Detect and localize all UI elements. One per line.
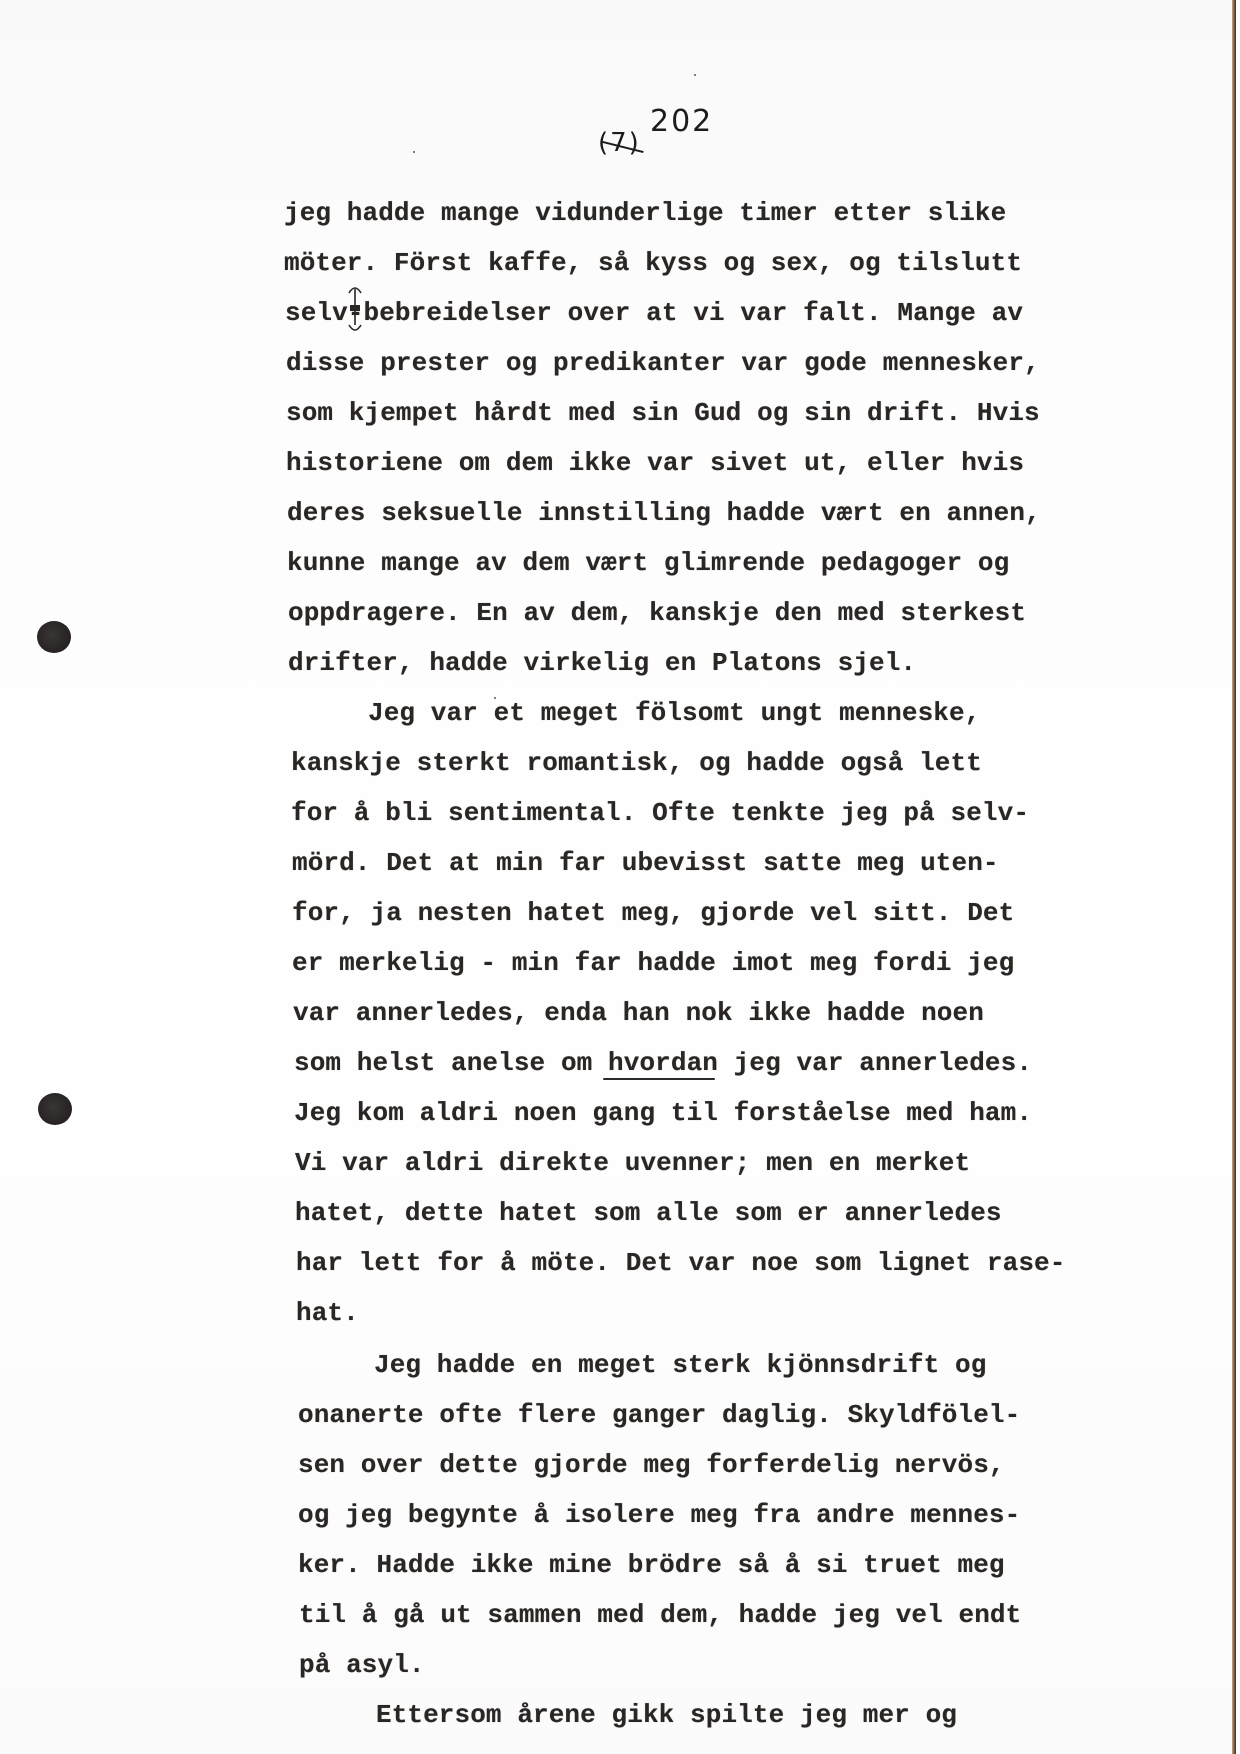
text-line: mörd. Det at min far ubevisst satte meg …: [292, 848, 999, 878]
text-line: disse prester og predikanter var gode me…: [286, 348, 1040, 378]
text-line: til å gå ut sammen med dem, hadde jeg ve…: [299, 1600, 1021, 1630]
page-edge-shadow: [1232, 0, 1236, 1754]
text-line: ker. Hadde ikke mine brödre så å si true…: [298, 1550, 1005, 1580]
punch-hole-icon: [37, 621, 71, 653]
text-line: deres seksuelle innstilling hadde vært e…: [287, 498, 1041, 528]
text-line: er merkelig - min far hadde imot meg for…: [292, 948, 1014, 978]
text-line: historiene om dem ikke var sivet ut, ell…: [286, 448, 1024, 478]
text-line-indented: Ettersom årene gikk spilte jeg mer og: [376, 1700, 957, 1730]
text-line: og jeg begynte å isolere meg fra andre m…: [298, 1500, 1020, 1530]
text-line: som kjempet hårdt med sin Gud og sin dri…: [286, 398, 1040, 428]
text-line: på asyl.: [299, 1650, 425, 1680]
text-line: möter. Först kaffe, så kyss og sex, og t…: [284, 248, 1022, 278]
text-line: Vi var aldri direkte uvenner; men en mer…: [295, 1148, 970, 1178]
text-line: onanerte ofte flere ganger daglig. Skyld…: [298, 1400, 1020, 1430]
text-line: for, ja nesten hatet meg, gjorde vel sit…: [292, 898, 1014, 928]
text-line: drifter, hadde virkelig en Platons sjel.: [288, 648, 916, 678]
text-line: sen over dette gjorde meg forferdelig ne…: [298, 1450, 1005, 1480]
text-line: har lett for å möte. Det var noe som lig…: [296, 1248, 1065, 1278]
text-line: kanskje sterkt romantisk, og hadde også …: [291, 748, 982, 778]
text-line: Jeg kom aldri noen gang til forståelse m…: [294, 1098, 1032, 1128]
text-line: var annerledes, enda han nok ikke hadde …: [293, 998, 984, 1028]
stray-ink-dot: [694, 74, 696, 76]
text-line: som helst anelse om hvordan jeg var anne…: [294, 1048, 1032, 1078]
text-line: jeg hadde mange vidunderlige timer etter…: [284, 198, 1006, 228]
stray-ink-dot: [413, 151, 415, 153]
text-line: for å bli sentimental. Ofte tenkte jeg p…: [291, 798, 1029, 828]
text-line-indented: Jeg hadde en meget sterk kjönnsdrift og: [374, 1350, 986, 1380]
text-line: kunne mange av dem vært glimrende pedago…: [287, 548, 1009, 578]
underline-hvordan: [603, 1078, 715, 1080]
text-line: oppdragere. En av dem, kanskje den med s…: [288, 598, 1026, 628]
handwritten-folio-number: 202: [650, 104, 713, 139]
text-line: selv-bebreidelser over at vi var falt. M…: [285, 298, 1023, 328]
text-line: hat.: [296, 1298, 359, 1328]
typewritten-page: (7) 202 jeg hadde mange vidunderlige tim…: [0, 0, 1236, 1754]
punch-hole-icon: [38, 1093, 72, 1125]
text-line-indented: Jeg var et meget fölsomt ungt menneske,: [368, 698, 980, 728]
text-line: hatet, dette hatet som alle som er anner…: [295, 1198, 1002, 1228]
